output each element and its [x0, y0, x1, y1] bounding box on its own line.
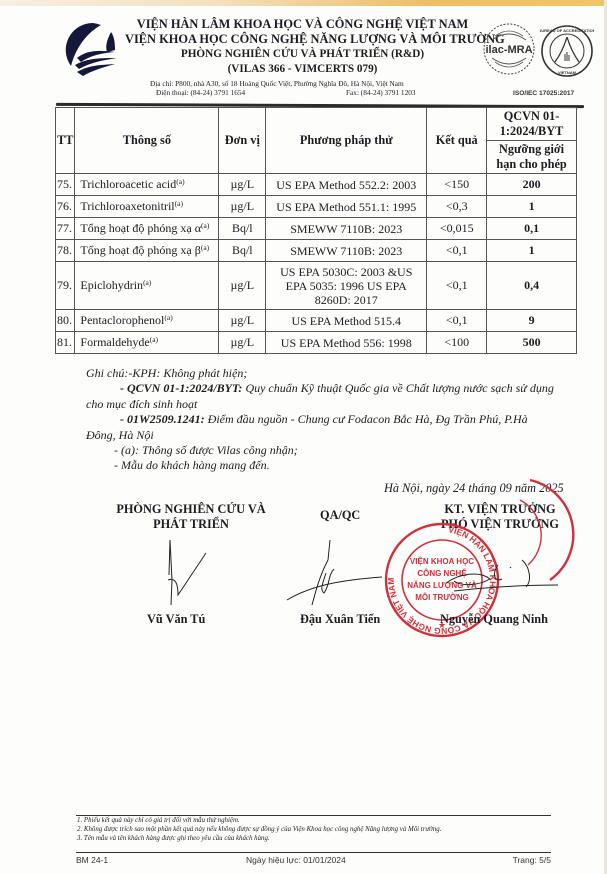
accreditation-codes: (VILAS 366 - VIMCERTS 079) [125, 62, 480, 77]
col-header-parameter: Thông số [75, 108, 219, 174]
signer-right-name: Nguyễn Quang Ninh [440, 612, 548, 627]
standard-code: QCVN 01-1:2024/BYT [487, 108, 576, 141]
svg-text:ilac-MRA: ilac-MRA [485, 44, 532, 56]
page-number: Trang: 5/5 [513, 855, 551, 865]
row-unit: Bq/l [219, 240, 266, 262]
row-parameter: Epiclohydrin(a) [75, 262, 219, 310]
table-row: 78.Tổng hoạt độ phóng xạ β(a)Bq/lSMEWW 7… [56, 240, 577, 262]
row-limit: 1 [487, 196, 577, 218]
col-header-result: Kết quả [427, 108, 487, 174]
signer-left-name: Vũ Văn Tú [147, 612, 205, 627]
signature-mid-icon [282, 535, 392, 615]
note-sample-cont: Đông, Hà Nội [86, 428, 606, 443]
standard-limit-label: Ngưỡng giới hạn cho phép [490, 141, 573, 173]
signer-mid-name: Đậu Xuân Tiến [300, 612, 380, 627]
paper-edge-stain [0, 0, 607, 6]
row-limit: 1 [487, 240, 577, 262]
row-limit: 0,4 [487, 262, 577, 310]
institute-name: VIỆN KHOA HỌC CÔNG NGHỆ NĂNG LƯỢNG VÀ MÔ… [125, 32, 480, 47]
table-row: 81.Formaldehyde(a)µg/LUS EPA Method 556:… [56, 332, 577, 354]
footer-note-2: 2. Không được trích sao một phần kết quả… [77, 826, 441, 835]
row-result: <150 [427, 174, 487, 196]
notes-section: Ghi chú:-KPH: Không phát hiện; - QCVN 01… [86, 366, 606, 474]
note-qcvn-cont: cho mục đích sinh hoạt [86, 397, 606, 412]
department-name: PHÒNG NGHIÊN CỨU VÀ PHÁT TRIỂN (R&D) [125, 47, 480, 62]
phone: Điện thoại: (84-24) 3791 1654 [150, 88, 346, 97]
note-vilas: - (a): Thông số được Vilas công nhận; [86, 443, 606, 458]
row-result: <0,3 [427, 196, 487, 218]
row-method: SMEWW 7110B: 2023 [266, 218, 427, 240]
table-row: 80.Pentaclorophenol(a)µg/LUS EPA Method … [56, 310, 577, 332]
col-header-standard: QCVN 01-1:2024/BYT Ngưỡng giới hạn cho p… [487, 108, 577, 174]
row-result: <0,015 [427, 218, 487, 240]
note-kph: Ghi chú:-KPH: Không phát hiện; [86, 366, 606, 381]
row-parameter: Tổng hoạt độ phóng xạ β(a) [75, 240, 219, 262]
row-parameter: Tổng hoạt độ phóng xạ α(a) [75, 218, 219, 240]
footer-divider [76, 815, 551, 816]
table-row: 79.Epiclohydrin(a)µg/LUS EPA 5030C: 2003… [56, 262, 577, 310]
row-tt: 77. [56, 218, 75, 240]
effective-date: Ngày hiệu lực: 01/01/2024 [246, 855, 346, 865]
row-result: <0,1 [427, 240, 487, 262]
row-result: <100 [427, 332, 487, 354]
signature-left-icon [150, 535, 230, 615]
table-header-row: TT Thông số Đơn vị Phương pháp thử Kết q… [56, 108, 577, 174]
table-row: 77.Tổng hoạt độ phóng xạ α(a)Bq/lSMEWW 7… [56, 218, 577, 240]
row-tt: 81. [56, 332, 75, 354]
address: Địa chỉ: P800, nhà A30, số 18 Hoàng Quốc… [150, 79, 416, 88]
institute-header: VIỆN HÀN LÂM KHOA HỌC VÀ CÔNG NGHỆ VIỆT … [125, 17, 480, 77]
footer-note-1: 1. Phiếu kết quả này chỉ có giá trị đối … [77, 817, 441, 826]
row-method: US EPA Method 552.2: 2003 [266, 174, 427, 196]
row-result: <0,1 [427, 262, 487, 310]
row-tt: 75. [56, 174, 75, 196]
col-header-unit: Đơn vị [219, 108, 266, 174]
iso-standard: ISO/IEC 17025:2017 [513, 90, 574, 97]
row-unit: µg/L [219, 196, 266, 218]
row-unit: Bq/l [219, 218, 266, 240]
row-unit: µg/L [219, 262, 266, 310]
row-parameter: Trichloroaxetonitril(a) [75, 196, 219, 218]
footer-notes: 1. Phiếu kết quả này chỉ có giá trị đối … [77, 817, 441, 843]
row-parameter: Formaldehyde(a) [75, 332, 219, 354]
footer-note-3: 3. Tên mẫu và tên khách hàng được ghi th… [77, 835, 441, 844]
note-qcvn: - QCVN 01-1:2024/BYT: Quy chuẩn Kỹ thuật… [86, 381, 606, 396]
row-method: US EPA Method 556: 1998 [266, 332, 427, 354]
row-limit: 500 [487, 332, 577, 354]
col-header-tt: TT [56, 108, 75, 174]
row-method: US EPA 5030C: 2003 &US EPA 5035: 1996 US… [266, 262, 427, 310]
note-sample: - 01W2509.1241: Điểm đầu nguồn - Chung c… [86, 412, 606, 427]
row-parameter: Pentaclorophenol(a) [75, 310, 219, 332]
bureau-accreditation-seal-icon: BUREAU OF ACCREDITATION VIETNAM [540, 22, 594, 80]
results-table: TT Thông số Đơn vị Phương pháp thử Kết q… [55, 107, 577, 354]
table-row: 76.Trichloroaxetonitril(a)µg/LUS EPA Met… [56, 196, 577, 218]
signer-left-title: PHÒNG NGHIÊN CỨU VÀPHÁT TRIỂN [103, 502, 279, 532]
row-method: SMEWW 7110B: 2023 [266, 240, 427, 262]
col-header-method: Phương pháp thử [266, 108, 427, 174]
form-code: BM 24-1 [76, 855, 108, 865]
academy-name: VIỆN HÀN LÂM KHOA HỌC VÀ CÔNG NGHỆ VIỆT … [125, 17, 480, 32]
svg-text:BUREAU OF ACCREDITATION: BUREAU OF ACCREDITATION [540, 28, 594, 33]
footer-divider-2 [76, 852, 551, 853]
institute-wave-logo-icon [63, 20, 123, 80]
row-tt: 78. [56, 240, 75, 262]
row-tt: 76. [56, 196, 75, 218]
table-row: 75.Trichloroacetic acid(a)µg/LUS EPA Met… [56, 174, 577, 196]
row-unit: µg/L [219, 174, 266, 196]
contact-info: Địa chỉ: P800, nhà A30, số 18 Hoàng Quốc… [150, 79, 416, 97]
row-tt: 79. [56, 262, 75, 310]
row-method: US EPA Method 515.4 [266, 310, 427, 332]
svg-text:VIETNAM: VIETNAM [558, 70, 577, 75]
row-limit: 9 [487, 310, 577, 332]
row-tt: 80. [56, 310, 75, 332]
row-limit: 0,1 [487, 218, 577, 240]
row-method: US EPA Method 551.1: 1995 [266, 196, 427, 218]
signer-mid-title: QA/QC [320, 508, 360, 523]
row-limit: 200 [487, 174, 577, 196]
row-result: <0,1 [427, 310, 487, 332]
signature-right-icon [440, 545, 560, 605]
fax: Fax: (84-24) 3791 1203 [346, 88, 416, 97]
row-unit: µg/L [219, 310, 266, 332]
ilac-mra-logo-icon: ilac-MRA [482, 22, 536, 76]
row-unit: µg/L [219, 332, 266, 354]
row-parameter: Trichloroacetic acid(a) [75, 174, 219, 196]
